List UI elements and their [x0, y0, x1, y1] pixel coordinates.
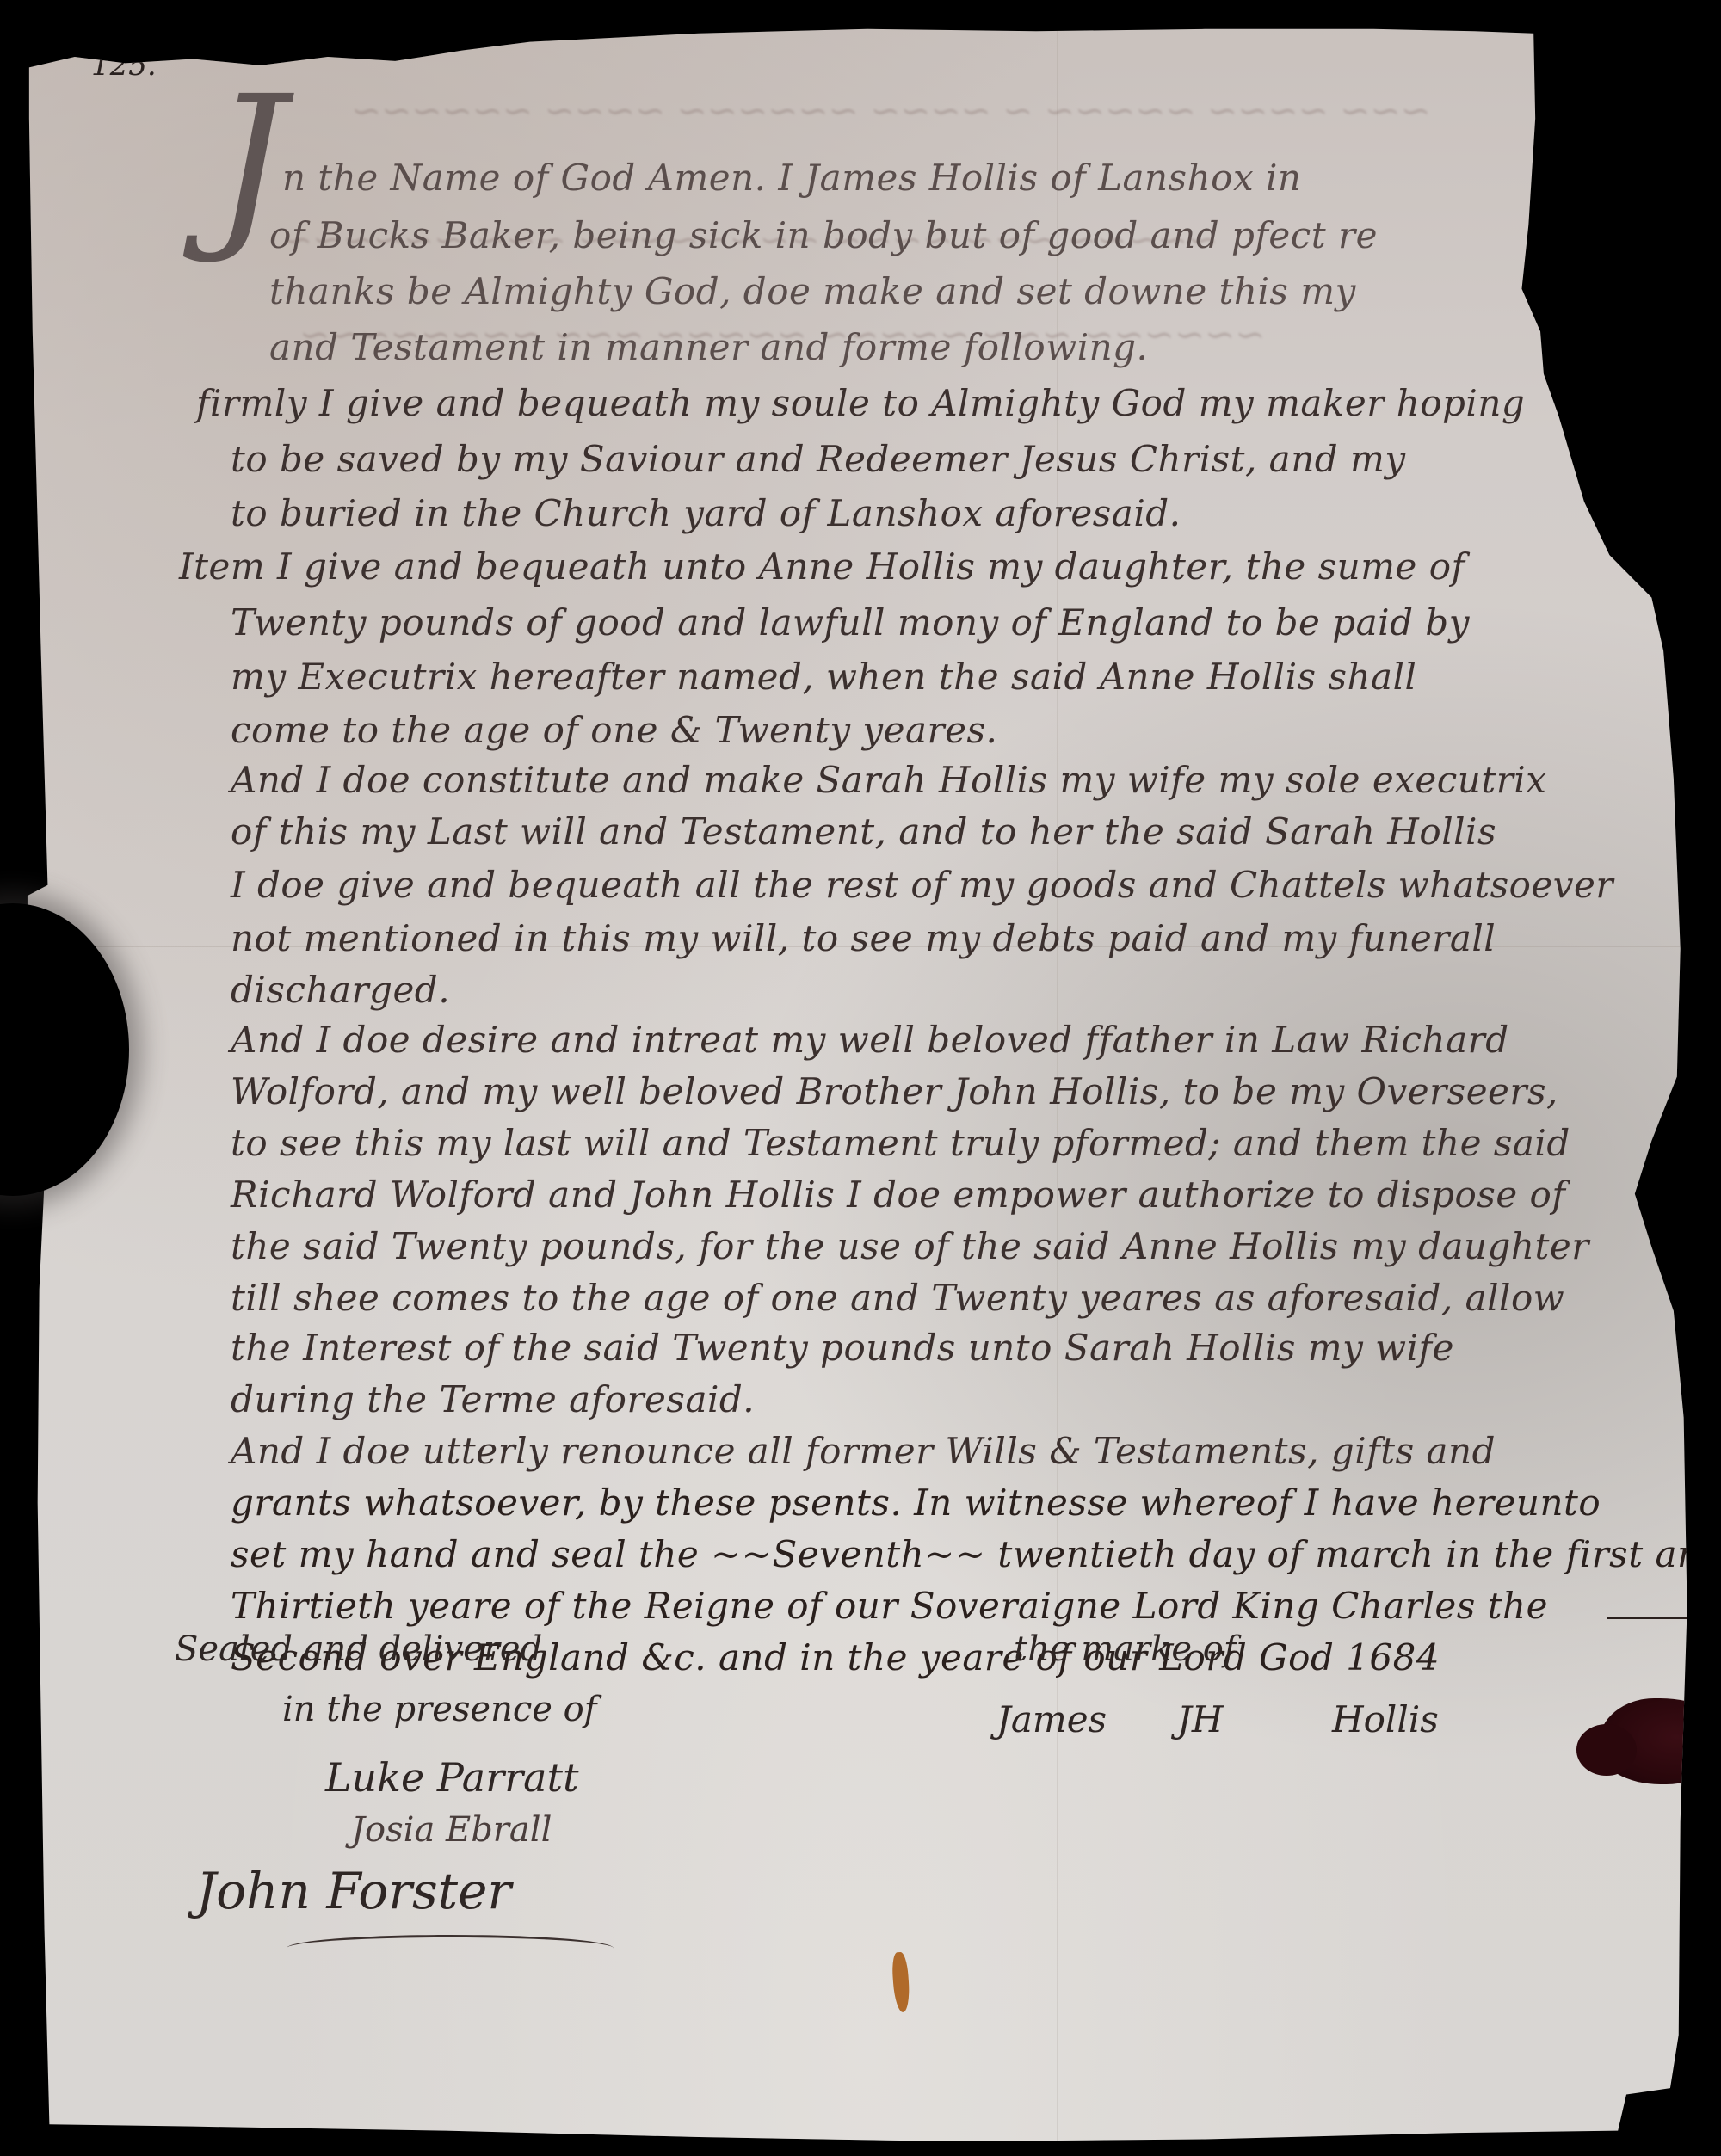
witness-signature-2: Josia Ebrall	[351, 1810, 552, 1850]
body-line-1: n the Name of God Amen. I James Hollis o…	[282, 157, 1301, 199]
body-line-23: the Interest of the said Twenty pounds u…	[231, 1327, 1454, 1369]
attestation-line-2: in the presence of	[282, 1690, 597, 1729]
witness-signature-3: John Forster	[196, 1862, 511, 1920]
body-line-26: grants whatsoever, by these psents. In w…	[231, 1481, 1601, 1524]
bleed-through-text: ~~~ ~~~~ ~~~~~ ~ ~~~~ ~~~~~~ ~~~~ ~~~~~~	[351, 89, 1431, 132]
body-line-9: Twenty pounds of good and lawfull mony o…	[231, 601, 1470, 644]
body-line-11: come to the age of one & Twenty yeares.	[231, 709, 997, 751]
body-line-20: Richard Wolford and John Hollis I doe em…	[231, 1173, 1565, 1216]
body-line-21: the said Twenty pounds, for the use of t…	[231, 1225, 1589, 1267]
body-line-4: and Testament in manner and forme follow…	[269, 326, 1148, 368]
body-line-16: discharged.	[231, 969, 450, 1011]
testator-last-name: Hollis	[1332, 1698, 1439, 1740]
body-line-17: And I doe desire and intreat my well bel…	[231, 1019, 1509, 1061]
body-line-8: Item I give and bequeath unto Anne Holli…	[179, 545, 1465, 588]
attestation-line-1: Sealed and delivered	[175, 1629, 542, 1669]
mark-label: the marke of	[1014, 1629, 1237, 1669]
body-line-15: not mentioned in this my will, to see my…	[231, 917, 1496, 959]
body-line-7: to buried in the Church yard of Lanshox …	[231, 492, 1181, 534]
date-flourish-rule	[1607, 1617, 1711, 1619]
body-line-24: during the Terme aforesaid.	[231, 1378, 755, 1420]
body-line-28: Thirtieth yeare of the Reigne of our Sov…	[231, 1585, 1548, 1627]
signature-flourish	[287, 1935, 614, 1962]
document-page: ~~~ ~~~~ ~~~~~ ~ ~~~~ ~~~~~~ ~~~~ ~~~~~~…	[24, 12, 1711, 2141]
paper-tear	[891, 1951, 911, 2012]
body-line-10: my Executrix hereafter named, when the s…	[231, 656, 1416, 698]
body-line-27: set my hand and seal the ~~Seventh~~ twe…	[231, 1533, 1721, 1575]
body-line-19: to see this my last will and Testament t…	[231, 1122, 1570, 1164]
body-line-18: Wolford, and my well beloved Brother Joh…	[231, 1070, 1558, 1112]
wax-seal	[1599, 1698, 1721, 1784]
body-line-14: I doe give and bequeath all the rest of …	[231, 864, 1613, 906]
body-line-25: And I doe utterly renounce all former Wi…	[231, 1430, 1496, 1472]
body-line-12: And I doe constitute and make Sarah Holl…	[231, 759, 1546, 801]
body-line-3: thanks be Almighty God, doe make and set…	[269, 270, 1356, 312]
body-line-5: firmly I give and bequeath my soule to A…	[196, 382, 1525, 424]
body-line-2: of Bucks Baker, being sick in body but o…	[269, 214, 1378, 256]
body-line-22: till shee comes to the age of one and Tw…	[231, 1277, 1564, 1319]
folio-number: 125.	[91, 48, 157, 83]
witness-signature-1: Luke Parratt	[325, 1754, 579, 1801]
body-line-6: to be saved by my Saviour and Redeemer J…	[231, 438, 1406, 480]
body-line-13: of this my Last will and Testament, and …	[231, 810, 1496, 853]
testator-first-name: James	[996, 1698, 1107, 1740]
testator-mark: JH	[1177, 1698, 1223, 1740]
